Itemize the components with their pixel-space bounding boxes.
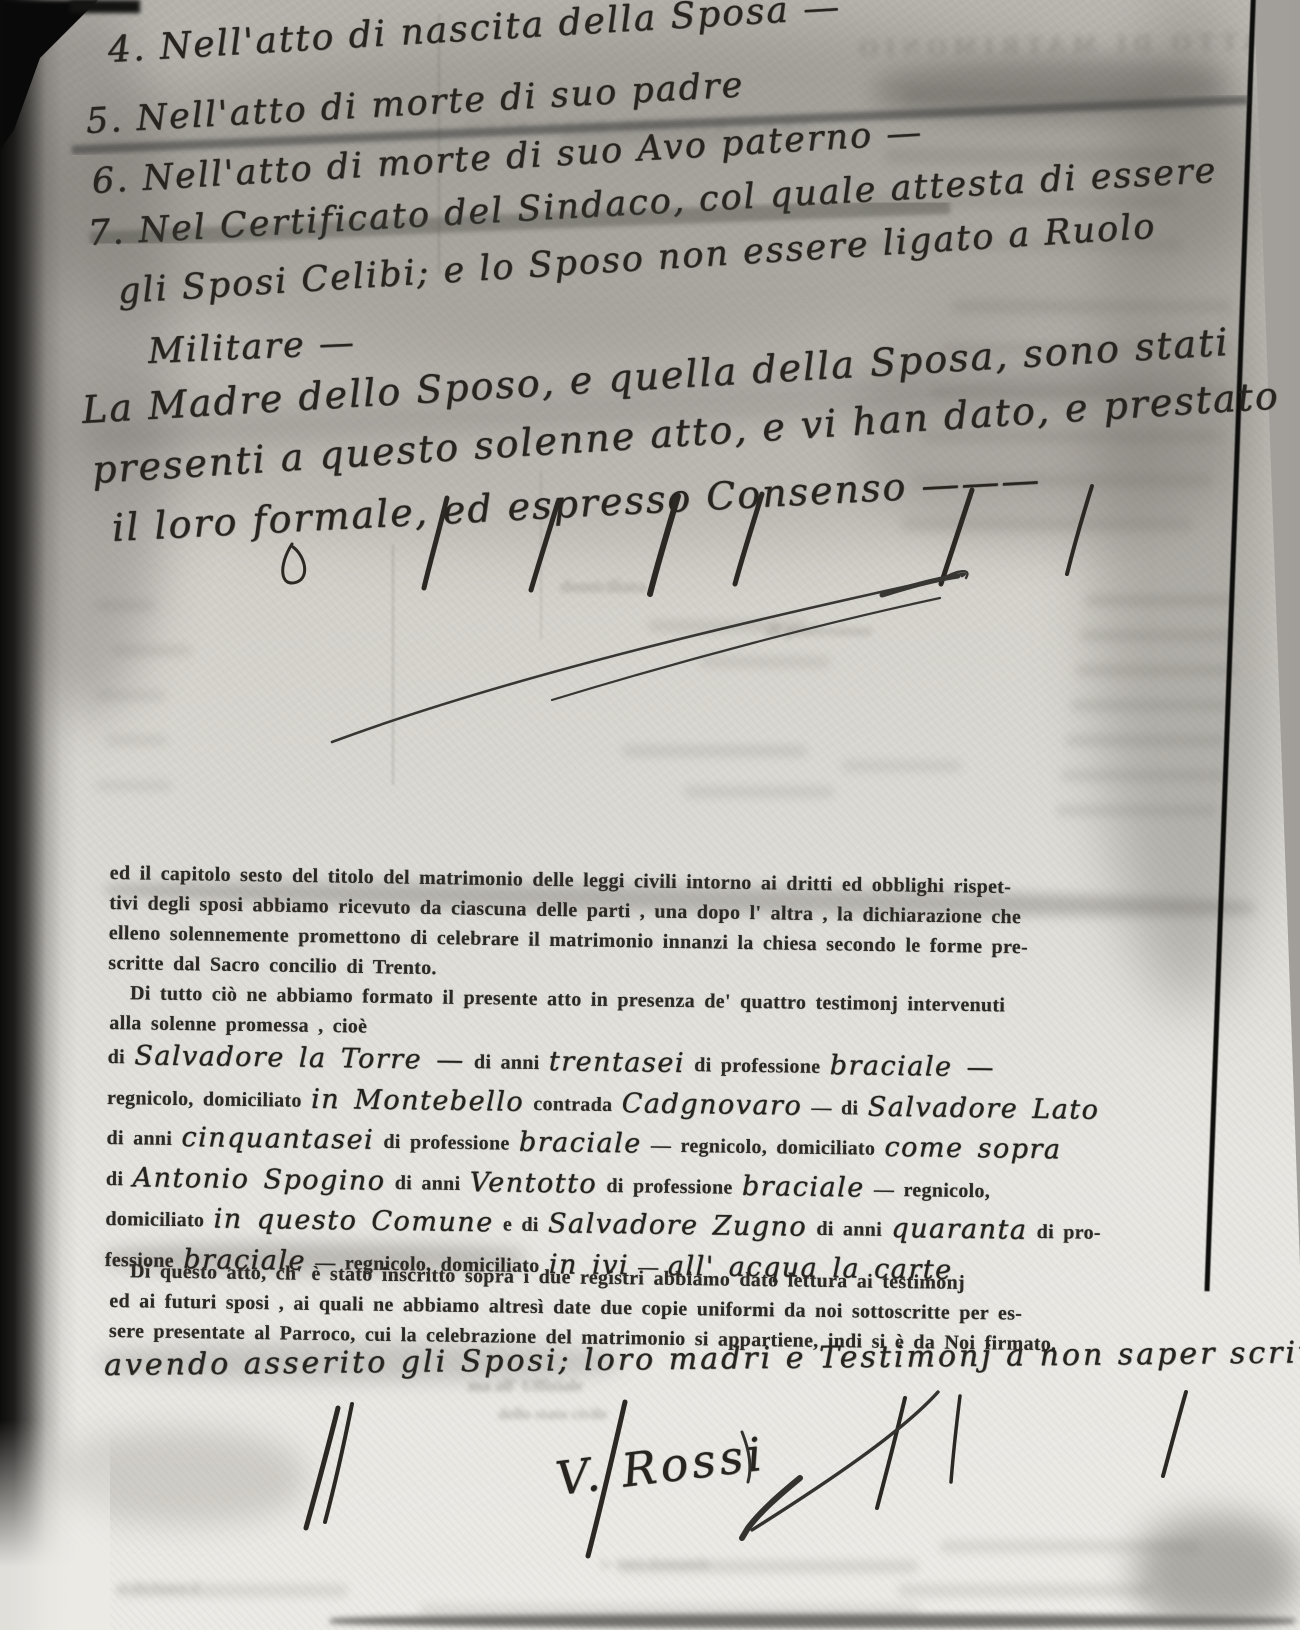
book-binding-shadow — [0, 0, 78, 1630]
printed-text: di anni — [807, 1218, 891, 1241]
handwritten-entry: Salvadore la Torre — — [134, 1040, 465, 1076]
printed-text: di anni — [385, 1171, 469, 1194]
bleedthrough-stripe — [700, 656, 830, 668]
printed-text: domiciliato — [105, 1208, 213, 1232]
handwritten-entry: Salvadore Lato — [867, 1091, 1099, 1125]
handwritten-entry: Ventotto — [470, 1167, 598, 1200]
printed-text: di professione — [685, 1054, 830, 1078]
handwritten-entry: Cadgnovaro — [622, 1088, 803, 1122]
printed-text: contrada — [524, 1092, 622, 1115]
bleedthrough-stripe — [898, 1584, 1153, 1597]
signature-flourish — [742, 1392, 938, 1538]
handwritten-entry: in Montebello — [311, 1083, 524, 1117]
handwritten-entry: braciale — [519, 1127, 642, 1160]
handwritten-entry: Antonio Spogino — [132, 1162, 385, 1197]
printed-text: di — [106, 1167, 133, 1189]
bleedthrough-stripe — [106, 735, 168, 746]
bleedthrough-word-domiciliata: domiciliata — [560, 576, 646, 597]
printed-text: di professione — [597, 1174, 742, 1198]
bleedthrough-word-professione: di professione — [766, 620, 872, 641]
printed-text: — regnicolo, — [865, 1178, 991, 1202]
printed-text: — regnicolo, domiciliato — [642, 1134, 885, 1159]
printed-text: e di — [493, 1213, 548, 1236]
bleedthrough-bottom-mid: le loro domande — [600, 1554, 710, 1574]
handwritten-entry: braciale — — [830, 1050, 996, 1083]
printed-text: di professione — [374, 1131, 519, 1155]
binding-fade — [0, 1420, 110, 1630]
printed-text: — di — [802, 1096, 868, 1119]
handwritten-entry: braciale — [742, 1170, 865, 1203]
printed-paragraph-1: ed il capitolo sesto del titolo del matr… — [108, 858, 1029, 992]
bleedthrough-stripe — [96, 780, 172, 791]
printed-text: regnicolo, domiciliato — [107, 1086, 311, 1111]
printed-text: di anni — [106, 1127, 181, 1150]
paper-fold-line — [392, 545, 394, 785]
official-signature: V. Rossi — [553, 1427, 769, 1506]
printed-text: di pro- — [1027, 1221, 1101, 1244]
handwritten-entry: cinquantasei — [181, 1122, 374, 1156]
top-edge-mark — [70, 0, 140, 13]
central-flourish — [332, 571, 967, 742]
printed-text: di anni — [465, 1051, 549, 1074]
handwritten-entry: in questo Comune — [213, 1203, 493, 1238]
handwritten-entry: Salvadore Zugno — [548, 1208, 808, 1243]
paper-blotch — [1135, 1515, 1300, 1630]
bleedthrough-bottom-left: si dichiara il — [116, 1578, 200, 1598]
handwritten-entry: trentasei — [549, 1046, 685, 1079]
printed-text: di — [108, 1046, 135, 1068]
witness-lines: di Salvadore la Torre — di anni trentase… — [105, 1036, 1104, 1293]
paper-blotch — [330, 1614, 1295, 1628]
handwritten-entry: come sopra — [884, 1132, 1061, 1165]
marriage-record-scan: ATTO DI MATRIMONIO TRASCRIZIONE DELL'ATT… — [0, 0, 1300, 1630]
bleedthrough-stripe — [684, 786, 834, 798]
bleedthrough-stato-civile: dello stato civile — [498, 1406, 607, 1424]
handwritten-entry: quaranta — [891, 1213, 1028, 1246]
bleedthrough-stripe — [842, 760, 962, 772]
bleedthrough-stripe — [622, 745, 807, 757]
